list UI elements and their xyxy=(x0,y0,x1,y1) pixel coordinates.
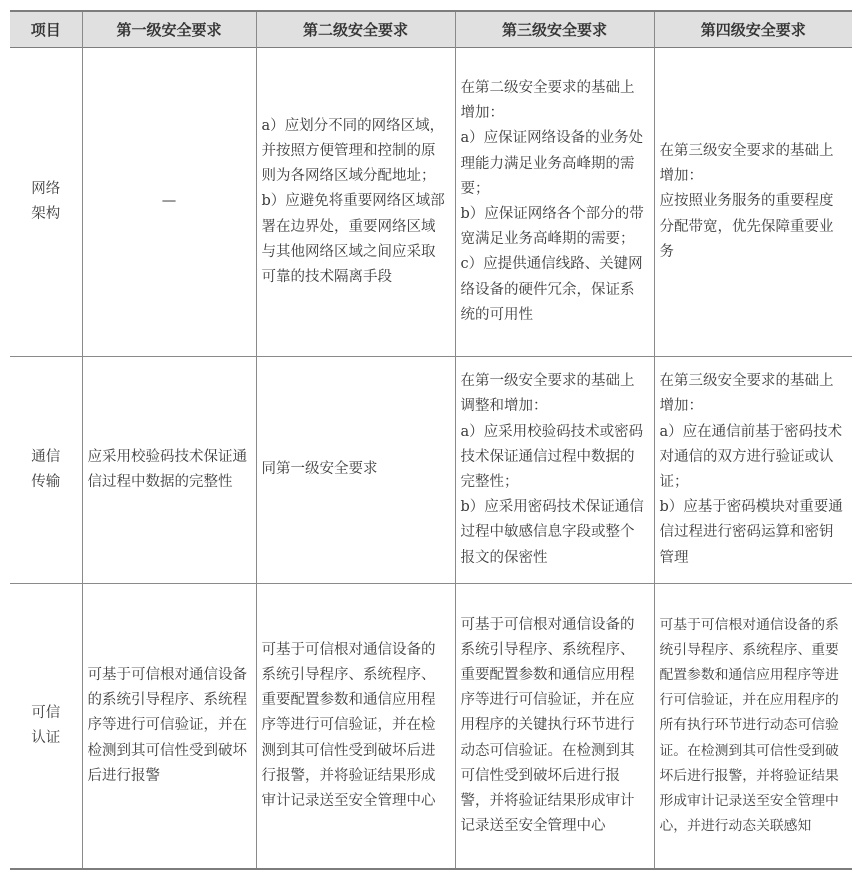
cell-paragraph: 在第一级安全要求的基础上调整和增加： xyxy=(461,369,649,419)
cell-level3: 可基于可信根对通信设备的系统引导程序、系统程序、重要配置参数和通信应用程序等进行… xyxy=(455,584,654,870)
cell-paragraph: 在第三级安全要求的基础上增加： xyxy=(660,369,848,419)
cell-paragraph: 在第二级安全要求的基础上增加： xyxy=(461,76,649,126)
cell-paragraph: 应按照业务服务的重要程度分配带宽，优先保障重要业务 xyxy=(660,189,848,265)
cell-paragraph: 可基于可信根对通信设备的系统引导程序、系统程序、重要配置参数和通信应用程序等进行… xyxy=(660,613,848,840)
cell-level2: 可基于可信根对通信设备的系统引导程序、系统程序、重要配置参数和通信应用程序等进行… xyxy=(256,584,455,870)
security-requirements-table: 项目 第一级安全要求 第二级安全要求 第三级安全要求 第四级安全要求 网络 架构… xyxy=(10,10,852,870)
row-item-label-line: 认证 xyxy=(24,726,68,751)
header-item: 项目 xyxy=(10,11,82,48)
header-level1: 第一级安全要求 xyxy=(82,11,256,48)
table-row: 可信 认证 可基于可信根对通信设备的系统引导程序、系统程序等进行可信验证，并在检… xyxy=(10,584,852,870)
cell-level1: 可基于可信根对通信设备的系统引导程序、系统程序等进行可信验证，并在检测到其可信性… xyxy=(82,584,256,870)
table-row: 网络 架构 — a）应划分不同的网络区域，并按照方便管理和控制的原则为各网络区域… xyxy=(10,48,852,357)
cell-paragraph: a）应采用校验码技术或密码技术保证通信过程中数据的完整性； xyxy=(461,420,649,496)
table-header-row: 项目 第一级安全要求 第二级安全要求 第三级安全要求 第四级安全要求 xyxy=(10,11,852,48)
cell-level2: a）应划分不同的网络区域，并按照方便管理和控制的原则为各网络区域分配地址； b）… xyxy=(256,48,455,357)
cell-paragraph: 同第一级安全要求 xyxy=(262,457,450,482)
cell-paragraph: b）应采用密码技术保证通信过程中敏感信息字段或整个报文的保密性 xyxy=(461,495,649,571)
cell-paragraph: a）应在通信前基于密码技术对通信的双方进行验证或认证； xyxy=(660,420,848,496)
row-item-label-line: 架构 xyxy=(24,202,68,227)
row-item-label: 可信 认证 xyxy=(10,584,82,870)
row-item-label-line: 通信 xyxy=(24,445,68,470)
table-row: 通信 传输 应采用校验码技术保证通信过程中数据的完整性 同第一级安全要求 在第一… xyxy=(10,357,852,584)
header-level3: 第三级安全要求 xyxy=(455,11,654,48)
cell-paragraph: 可基于可信根对通信设备的系统引导程序、系统程序、重要配置参数和通信应用程序等进行… xyxy=(461,613,649,840)
cell-level4: 在第三级安全要求的基础上增加： a）应在通信前基于密码技术对通信的双方进行验证或… xyxy=(654,357,852,584)
cell-level2: 同第一级安全要求 xyxy=(256,357,455,584)
cell-level1: 应采用校验码技术保证通信过程中数据的完整性 xyxy=(82,357,256,584)
cell-level4: 可基于可信根对通信设备的系统引导程序、系统程序、重要配置参数和通信应用程序等进行… xyxy=(654,584,852,870)
row-item-label-line: 网络 xyxy=(24,177,68,202)
cell-paragraph: b）应保证网络各个部分的带宽满足业务高峰期的需要； xyxy=(461,202,649,252)
row-item-label-line: 可信 xyxy=(24,701,68,726)
cell-paragraph: b）应基于密码模块对重要通信过程进行密码运算和密钥管理 xyxy=(660,495,848,571)
cell-level3: 在第一级安全要求的基础上调整和增加： a）应采用校验码技术或密码技术保证通信过程… xyxy=(455,357,654,584)
cell-level1: — xyxy=(82,48,256,357)
cell-level4: 在第三级安全要求的基础上增加： 应按照业务服务的重要程度分配带宽，优先保障重要业… xyxy=(654,48,852,357)
cell-paragraph: a）应划分不同的网络区域，并按照方便管理和控制的原则为各网络区域分配地址； xyxy=(262,114,450,190)
row-item-label: 通信 传输 xyxy=(10,357,82,584)
header-level2: 第二级安全要求 xyxy=(256,11,455,48)
cell-level3: 在第二级安全要求的基础上增加： a）应保证网络设备的业务处理能力满足业务高峰期的… xyxy=(455,48,654,357)
cell-paragraph: b）应避免将重要网络区域部署在边界处，重要网络区域与其他网络区域之间应采取可靠的… xyxy=(262,189,450,290)
cell-paragraph: 在第三级安全要求的基础上增加： xyxy=(660,139,848,189)
row-item-label: 网络 架构 xyxy=(10,48,82,357)
header-level4: 第四级安全要求 xyxy=(654,11,852,48)
cell-paragraph: c）应提供通信线路、关键网络设备的硬件冗余，保证系统的可用性 xyxy=(461,252,649,328)
cell-paragraph: a）应保证网络设备的业务处理能力满足业务高峰期的需要； xyxy=(461,126,649,202)
row-item-label-line: 传输 xyxy=(24,470,68,495)
cell-paragraph: 可基于可信根对通信设备的系统引导程序、系统程序、重要配置参数和通信应用程序等进行… xyxy=(262,638,450,814)
